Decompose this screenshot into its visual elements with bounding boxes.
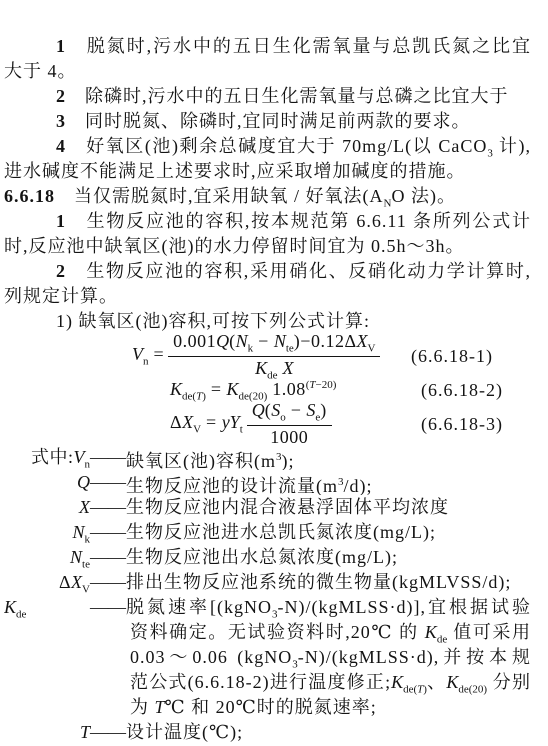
text-line: 1 生物反应池的容积,按本规范第 6.6.11 条所列公式计算 [4,209,531,234]
text-line: 2 除磷时,污水中的五日生化需氧量与总磷之比宜大于 17。 [4,84,531,109]
definition-dash: —— [90,720,126,745]
definition-line: Nte——生物反应池出水总氮浓度(mg/L); [4,545,531,570]
text-line: 时,反应池中缺氧区(池)的水力停留时间宜为 0.5h〜3h。 [4,234,531,259]
definition-line: Kde——脱氮速率[(kgNO3-N)/(kgMLSS·d)],宜根据试验 [4,595,531,620]
definition-term: Q [4,470,90,495]
text-line: 4 好氧区(池)剩余总碱度宜大于 70mg/L(以 CaCO3 计),当 [4,134,531,159]
clauses-section: 1 脱氮时,污水中的五日生化需氧量与总凯氏氮之比宜大于 4。2 除磷时,污水中的… [4,34,531,334]
fraction: Q(So − Se) 1000 [247,400,332,448]
definition-dash: —— [90,520,126,545]
definition-text: 生物反应池的设计流量(m3/d); [126,470,531,495]
definition-line: Nk——生物反应池进水总凯氏氮浓度(mg/L); [4,520,531,545]
document-page: 1 脱氮时,污水中的五日生化需氧量与总凯氏氮之比宜大于 4。2 除磷时,污水中的… [0,0,548,746]
equation-number: (6.6.18-3) [421,414,503,435]
definition-term: X [4,495,90,520]
text-line: 0.03〜0.06 (kgNO3-N)/(kgMLSS·d),并按本规 [4,645,531,670]
formula-body: Kde(T) = Kde(20) 1.08(T−20) [170,379,336,403]
definition-term: ΔXV [4,570,90,595]
definition-dash: —— [90,445,126,470]
definition-dash: —— [90,595,126,620]
definition-line: T——设计温度(℃); [4,720,531,745]
definition-line: 式中:Vn——缺氧区(池)容积(m3); [4,445,531,470]
fraction-numerator: 0.001Q(Nk − Nte)−0.12ΔXV [168,331,380,357]
definition-text: 设计温度(℃); [126,720,531,745]
definition-text: 缺氧区(池)容积(m3); [126,445,531,470]
text-line: 大于 4。 [4,59,531,84]
fraction-denominator: Kde X [168,357,380,382]
formula-lhs: Vn = [132,344,164,368]
text-line: 1 脱氮时,污水中的五日生化需氧量与总凯氏氮之比宜 [4,34,531,59]
formula-6-6-18-1: Vn = 0.001Q(Nk − Nte)−0.12ΔXV Kde X (6.6… [4,334,531,378]
definition-dash: —— [90,545,126,570]
definition-dash: —— [90,495,126,520]
definition-dash: —— [90,570,126,595]
text-line: 列规定计算。 [4,284,531,309]
formula-lhs: ΔXV = yYt [170,412,243,436]
definition-text: 脱氮速率[(kgNO3-N)/(kgMLSS·d)],宜根据试验 [126,595,531,620]
equation-number: (6.6.18-1) [411,346,493,367]
fraction-numerator: Q(So − Se) [247,400,332,426]
text-line: 3 同时脱氮、除磷时,宜同时满足前两款的要求。 [4,109,531,134]
text-line: 为 T℃ 和 20℃时的脱氮速率; [4,695,531,720]
definition-term: 式中:Vn [4,445,90,470]
text-line: 6.6.18 当仅需脱氮时,宜采用缺氧 / 好氧法(ANO 法)。 [4,184,531,209]
definitions-section: 式中:Vn——缺氧区(池)容积(m3);Q——生物反应池的设计流量(m3/d);… [4,445,531,745]
definition-dash: —— [90,470,126,495]
definition-line: Q——生物反应池的设计流量(m3/d); [4,470,531,495]
definition-line: X——生物反应池内混合液悬浮固体平均浓度(gMLSS/L); [4,495,531,520]
definition-term: Nk [4,520,90,545]
formula-6-6-18-3: ΔXV = yYt Q(So − Se) 1000 (6.6.18-3) [4,403,531,445]
fraction: 0.001Q(Nk − Nte)−0.12ΔXV Kde X [168,331,380,381]
text-line: 资料确定。无试验资料时,20℃ 的 Kde 值可采用 [4,620,531,645]
definition-term: Nte [4,545,90,570]
definition-text: 生物反应池出水总氮浓度(mg/L); [126,545,531,570]
definition-text: 排出生物反应池系统的微生物量(kgMLVSS/d); [126,570,531,595]
definition-text: 生物反应池内混合液悬浮固体平均浓度(gMLSS/L); [126,495,531,520]
definition-term: T [4,720,90,745]
text-line: 进水碱度不能满足上述要求时,应采取增加碱度的措施。 [4,159,531,184]
definition-line: ΔXV——排出生物反应池系统的微生物量(kgMLVSS/d); [4,570,531,595]
equation-number: (6.6.18-2) [421,380,503,401]
text-line: 范公式(6.6.18-2)进行温度修正;Kde(T)、Kde(20) 分别 [4,670,531,695]
definition-term: Kde [4,595,90,620]
definition-text: 生物反应池进水总凯氏氮浓度(mg/L); [126,520,531,545]
text-line: 2 生物反应池的容积,采用硝化、反硝化动力学计算时,按下 [4,259,531,284]
